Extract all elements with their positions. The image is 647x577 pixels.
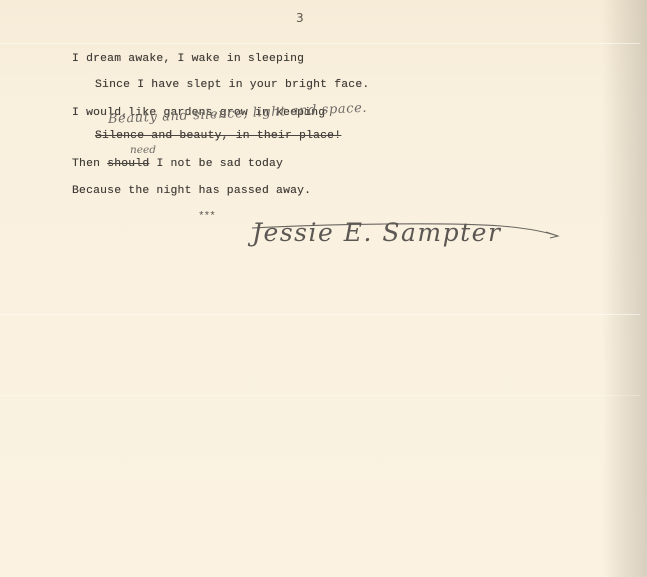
document-page: 3 I dream awake, I wake in sleeping Sinc… bbox=[0, 0, 647, 577]
scan-streak bbox=[0, 395, 640, 396]
poem-line-2: Since I have slept in your bright face. bbox=[95, 79, 369, 91]
poem-line-5-suffix: I not be sad today bbox=[149, 158, 283, 170]
struck-word-should: should bbox=[107, 158, 149, 170]
poem-line-4-struck: Silence and beauty, in their place! bbox=[95, 130, 341, 142]
scan-streak bbox=[0, 43, 640, 44]
poem-line-5: Then should I not be sad today bbox=[72, 158, 283, 170]
poem-line-1: I dream awake, I wake in sleeping bbox=[72, 53, 304, 65]
scan-streak bbox=[0, 314, 640, 315]
asterism-ornament: *** bbox=[198, 211, 215, 223]
page-number: 3 bbox=[296, 11, 304, 25]
author-signature: Jessie E. Sampter bbox=[252, 218, 501, 247]
handwritten-revision-need: need bbox=[130, 144, 156, 156]
poem-line-5-prefix: Then bbox=[72, 158, 107, 170]
handwritten-revision-line-4: Beauty and silence, light and space. bbox=[108, 101, 368, 127]
poem-line-6: Because the night has passed away. bbox=[72, 185, 311, 197]
